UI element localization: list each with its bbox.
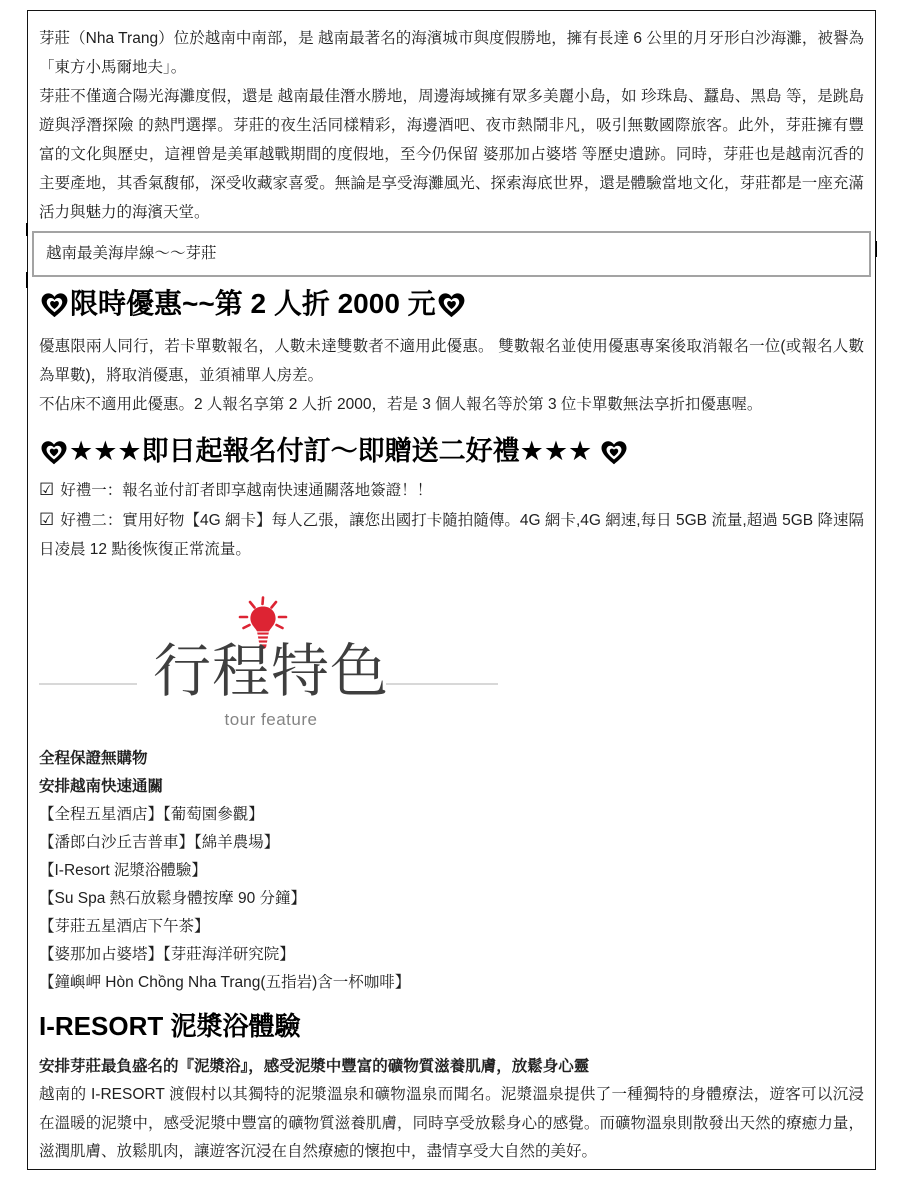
heart-icon [599, 438, 629, 466]
iresort-paragraph: 越南的 I-RESORT 渡假村以其獨特的泥漿溫泉和礦物溫泉而聞名。泥漿溫泉提供… [39, 1081, 864, 1167]
tour-feature-subtitle: tour feature [147, 710, 395, 730]
coastline-box-text: 越南最美海岸線～～芽莊 [46, 245, 217, 262]
intro-paragraph: 芽莊（Nha Trang）位於越南中南部，是 越南最著名的海濱城市與度假勝地，擁… [39, 24, 864, 82]
feature-item: 【鐘嶼岬 Hòn Chồng Nha Trang(五指岩)含一杯咖啡】 [39, 969, 864, 997]
gift-item: ☑好禮二：實用好物【4G 網卡】每人乙張，讓您出國打卡隨拍隨傳。4G 網卡,4G… [39, 505, 864, 564]
heart-icon [436, 290, 467, 319]
promo-heading-text: 限時優惠~~第 2 人折 2000 元 [70, 287, 436, 321]
feature-item: 【芽莊五星酒店下午茶】 [39, 913, 864, 941]
feature-item: 【婆那加占婆塔】【芽莊海洋研究院】 [39, 941, 864, 969]
tour-feature-title: 行程特色 [147, 638, 395, 704]
gift-item: ☑好禮一：報名並付訂者即享越南快速通關落地簽證！！ [39, 475, 864, 505]
iresort-subtitle: 安排芽莊最負盛名的『泥漿浴』，感受泥漿中豐富的礦物質滋養肌膚，放鬆身心靈 [39, 1052, 864, 1081]
checkbox-icon: ☑ [39, 480, 54, 499]
promo-terms: 優惠限兩人同行，若卡單數報名，人數未達雙數者不適用此優惠。 雙數報名並使用優惠專… [39, 332, 864, 390]
gift-item-text: 好禮二：實用好物【4G 網卡】每人乙張，讓您出國打卡隨拍隨傳。4G 網卡,4G … [39, 512, 864, 558]
heart-icon [39, 290, 70, 319]
banner-divider-line [39, 683, 137, 685]
promo-heading: 限時優惠~~第 2 人折 2000 元 [39, 287, 864, 321]
feature-item: 全程保證無購物 [39, 745, 864, 773]
iresort-heading: I-RESORT 泥漿浴體驗 [39, 1010, 864, 1042]
promo-terms: 不佔床不適用此優惠。2 人報名享第 2 人折 2000，若是 3 個人報名等於第… [39, 390, 864, 419]
feature-item: 【Su Spa 熱石放鬆身體按摩 90 分鐘】 [39, 885, 864, 913]
intro-paragraph: 芽莊不僅適合陽光海灘度假，還是 越南最佳潛水勝地，周邊海域擁有眾多美麗小島，如 … [39, 82, 864, 227]
tour-feature-banner: 行程特色 tour feature [39, 596, 864, 739]
feature-item: 【潘郎白沙丘吉普車】【綿羊農場】 [39, 829, 864, 857]
gift-item-text: 好禮一：報名並付訂者即享越南快速通關落地簽證！！ [60, 482, 432, 499]
gift-heading-text: ★★★即日起報名付訂～即贈送二好禮★★★ [69, 435, 592, 468]
coastline-box: 越南最美海岸線～～芽莊 [32, 231, 871, 277]
feature-item: 安排越南快速通關 [39, 773, 864, 801]
border-tick [876, 241, 878, 257]
feature-item: 【I-Resort 泥漿浴體驗】 [39, 857, 864, 885]
feature-item: 【全程五星酒店】【葡萄園參觀】 [39, 801, 864, 829]
gift-heading: ★★★即日起報名付訂～即贈送二好禮★★★ [39, 435, 864, 468]
feature-list: 全程保證無購物 安排越南快速通關 【全程五星酒店】【葡萄園參觀】 【潘郎白沙丘吉… [39, 745, 864, 997]
document-page: 芽莊（Nha Trang）位於越南中南部，是 越南最著名的海濱城市與度假勝地，擁… [27, 10, 876, 1170]
banner-divider-line [386, 683, 498, 685]
heart-icon [39, 438, 69, 466]
checkbox-icon: ☑ [39, 510, 54, 529]
